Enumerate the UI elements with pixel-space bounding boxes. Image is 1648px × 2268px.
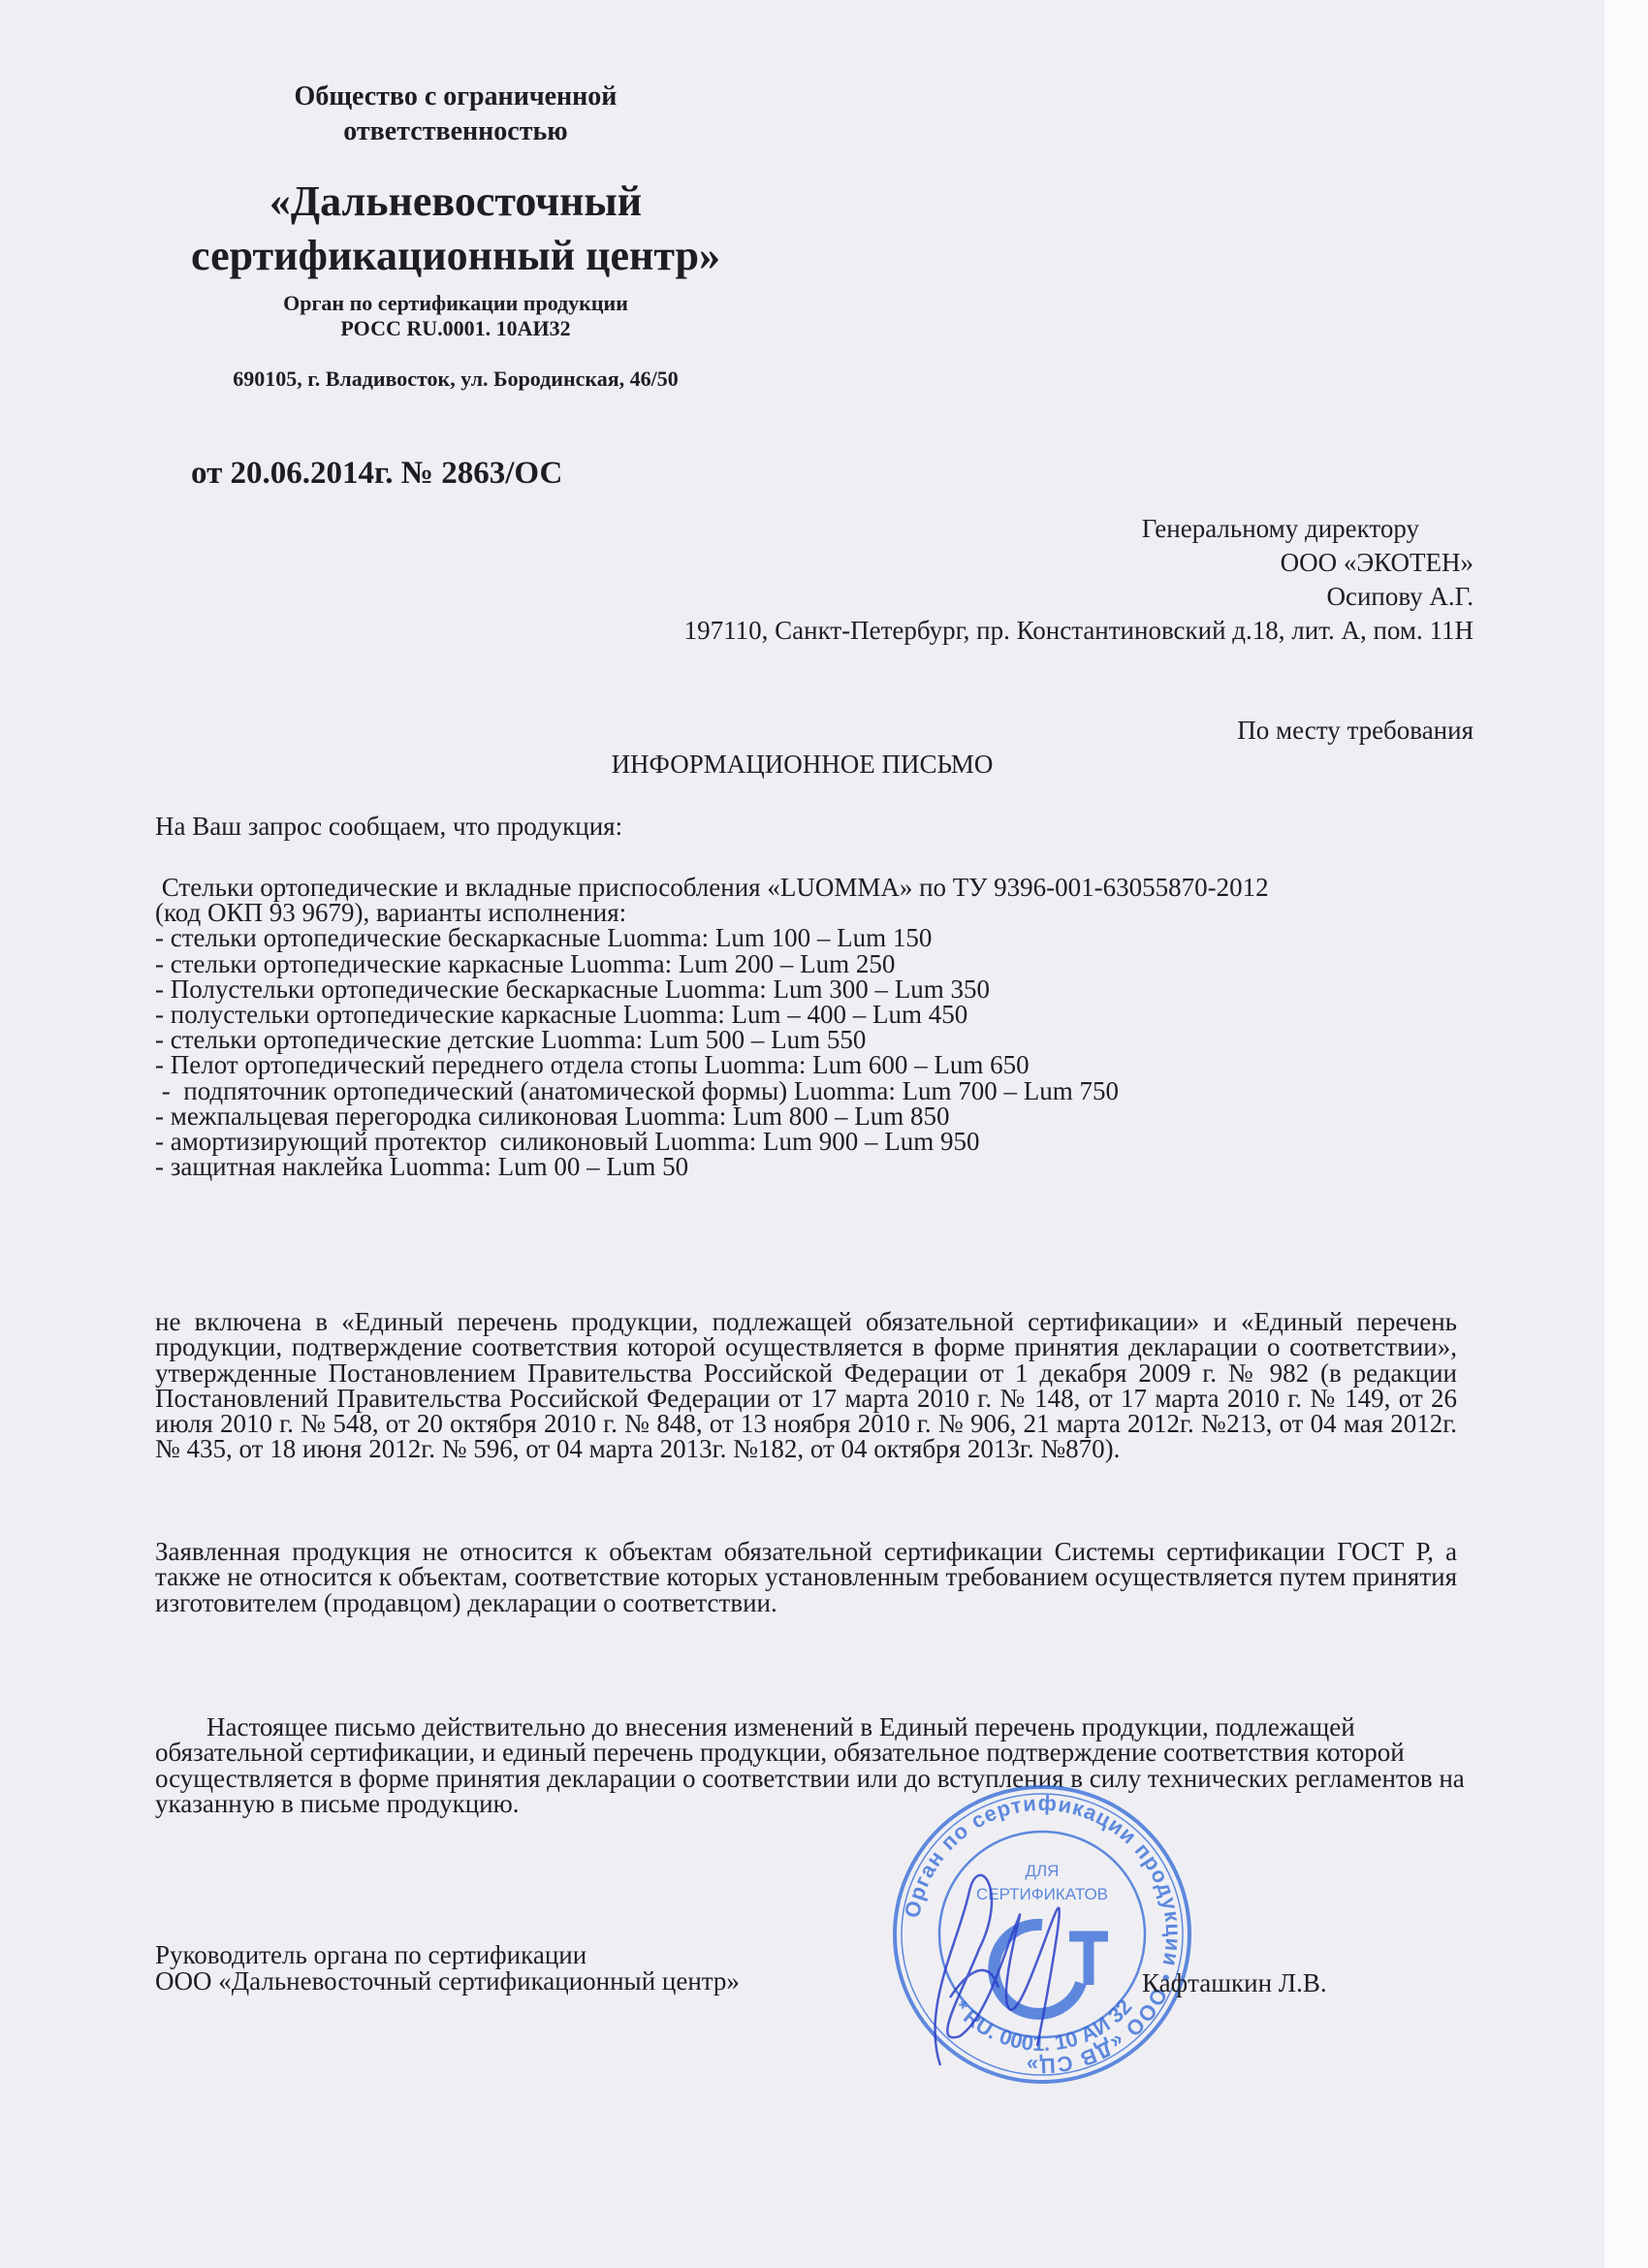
- recipient-position: Генеральному директору: [684, 512, 1419, 546]
- letterhead: Общество с ограниченной ответственностью…: [155, 80, 756, 392]
- recipient-block: Генеральному директору ООО «ЭКОТЕН» Осип…: [684, 512, 1474, 648]
- org-name-line2: сертификационный центр»: [155, 229, 756, 283]
- letter-title: ИНФОРМАЦИОННОЕ ПИСЬМО: [0, 750, 1604, 780]
- list-item: - стельки ортопедические каркасные Luomm…: [155, 951, 1464, 976]
- list-item: - стельки ортопедические бескаркасные Lu…: [155, 925, 1464, 950]
- validity-text: Настоящее письмо действительно до внесен…: [155, 1714, 1493, 1816]
- list-item: - защитная наклейка Luomma: Lum 00 – Lum…: [155, 1154, 1464, 1179]
- signer-title: Руководитель органа по сертификации ООО …: [155, 1942, 740, 1995]
- recipient-address: 197110, Санкт-Петербург, пр. Константино…: [684, 614, 1474, 648]
- org-type: Общество с ограниченной ответственностью: [155, 80, 756, 149]
- product-heading-line2: (код ОКП 93 9679), варианты исполнения:: [155, 900, 1464, 925]
- org-type-line1: Общество с ограниченной: [155, 80, 756, 114]
- product-list: Стельки ортопедические и вкладные приспо…: [155, 875, 1464, 1179]
- exclusion-paragraph: не включена в «Единый перечень продукции…: [155, 1309, 1457, 1462]
- signer-title-line2: ООО «Дальневосточный сертификационный це…: [155, 1968, 740, 1995]
- list-item: - Пелот ортопедический переднего отдела …: [155, 1052, 1464, 1077]
- org-name-line1: «Дальневосточный: [155, 175, 756, 229]
- product-heading-line1: Стельки ортопедические и вкладные приспо…: [155, 875, 1464, 900]
- recipient-name: Осипову А.Г.: [684, 580, 1474, 614]
- list-item: - межпальцевая перегородка силиконовая L…: [155, 1103, 1464, 1129]
- certification-body-line1: Орган по сертификации продукции: [155, 291, 756, 316]
- org-type-line2: ответственностью: [155, 114, 756, 149]
- list-item: - стельки ортопедические детские Luomma:…: [155, 1027, 1464, 1052]
- certification-body-code: РОСС RU.0001. 10АИ32: [155, 316, 756, 341]
- letter-reference: от 20.06.2014г. № 2863/ОС: [191, 456, 562, 492]
- declaration-paragraph: Заявленная продукция не относится к объе…: [155, 1539, 1457, 1615]
- certification-body: Орган по сертификации продукции РОСС RU.…: [155, 291, 756, 341]
- org-name: «Дальневосточный сертификационный центр»: [155, 175, 756, 283]
- signer-title-line1: Руководитель органа по сертификации: [155, 1942, 740, 1968]
- validity-paragraph: Настоящее письмо действительно до внесен…: [155, 1714, 1493, 1816]
- intro-text: На Ваш запрос сообщаем, что продукция:: [155, 812, 622, 842]
- scan-edge: [1604, 0, 1648, 2268]
- list-item: - амортизирующий протектор силиконовый L…: [155, 1129, 1464, 1154]
- recipient-company: ООО «ЭКОТЕН»: [684, 546, 1474, 580]
- destination: По месту требования: [1237, 716, 1474, 746]
- signer-name: Кафташкин Л.В.: [1142, 1968, 1327, 1998]
- org-address: 690105, г. Владивосток, ул. Бородинская,…: [155, 367, 756, 392]
- list-item: - подпяточник ортопедический (анатомичес…: [155, 1078, 1464, 1103]
- list-item: - полустельки ортопедические каркасные L…: [155, 1002, 1464, 1027]
- list-item: - Полустельки ортопедические бескаркасны…: [155, 976, 1464, 1002]
- signature-icon: [902, 1852, 1095, 2075]
